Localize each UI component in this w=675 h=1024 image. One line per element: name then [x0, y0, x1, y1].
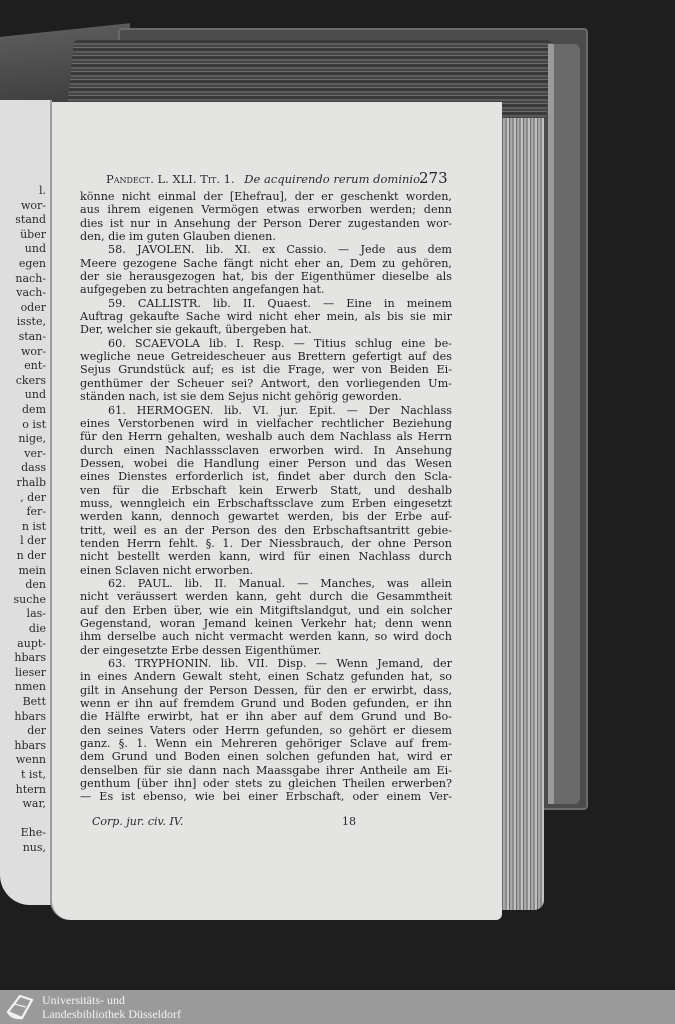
text-line: Meere gezogene Sache fängt nicht eher an…: [80, 257, 452, 270]
left-page-text-fragment: htern: [16, 783, 46, 796]
left-page-text-fragment: Bett: [23, 695, 46, 708]
text-line: einen Sclaven nicht erworben.: [80, 564, 452, 577]
text-line: genthümer der Scheuer sei? Antwort, den …: [80, 377, 452, 390]
right-page: Pandect. L. XLI. Tit. 1. De acquirendo r…: [50, 102, 502, 920]
text-line: wegliche neue Getreidescheuer aus Brette…: [80, 350, 452, 363]
left-page-text-fragment: die: [29, 622, 46, 635]
text-line: 63. TRYPHONIN. lib. VII. Disp. — Wenn Je…: [80, 657, 452, 670]
left-page-text-fragment: rhalb: [17, 476, 46, 489]
text-line: denselben für sie dann nach Maassgabe ih…: [80, 764, 452, 777]
book-photo: l.wor-standüberundegennach-vach-oderisst…: [0, 0, 675, 990]
left-page-text-fragment: aupt-: [17, 637, 46, 650]
left-page-text-fragment: nach-: [15, 272, 46, 285]
body-text: könne nicht einmal der [Ehefrau], der er…: [80, 190, 452, 804]
left-page-text-fragment: war,: [22, 797, 46, 810]
text-line: die Hälfte erwirbt, hat er ihn aber auf …: [80, 710, 452, 723]
text-line: 60. SCAEVOLA lib. I. Resp. — Titius schl…: [80, 337, 452, 350]
left-page: l.wor-standüberundegennach-vach-oderisst…: [0, 100, 52, 905]
text-line: Sejus Grundstück auf; es ist die Frage, …: [80, 363, 452, 376]
text-line: gilt in Ansehung der Person Dessen, für …: [80, 684, 452, 697]
left-page-text-fragment: l der: [20, 534, 46, 547]
left-page-text-fragment: der: [27, 724, 46, 737]
running-head-title: De acquirendo rerum dominio.: [244, 172, 423, 186]
library-name-line2: Landesbibliothek Düsseldorf: [42, 1007, 181, 1021]
running-head: Pandect. L. XLI. Tit. 1. De acquirendo r…: [106, 172, 446, 190]
text-line: ganz. §. 1. Wenn ein Mehreren gehöriger …: [80, 737, 452, 750]
text-line: den seines Vaters oder Herrn gefunden, s…: [80, 724, 452, 737]
left-page-text-fragment: über: [20, 228, 46, 241]
left-page-text-fragment: Ehe-: [21, 826, 46, 839]
text-line: den, die im guten Glauben dienen.: [80, 230, 452, 243]
left-page-text-fragment: wor-: [21, 345, 46, 358]
text-line: aufgegeben zu betrachten angefangen hat.: [80, 283, 452, 296]
text-line: werden kann, dennoch gewartet werden, bi…: [80, 510, 452, 523]
left-page-text-fragment: ckers: [16, 374, 46, 387]
left-page-text-fragment: nus,: [23, 841, 46, 854]
left-page-text-fragment: , der: [20, 491, 46, 504]
left-page-text-fragment: wenn: [16, 753, 46, 766]
left-page-text-fragment: und: [25, 388, 46, 401]
text-line: der sie herausgezogen hat, bis der Eigen…: [80, 270, 452, 283]
left-page-text-fragment: l.: [39, 184, 46, 197]
left-page-text-fragment: stand: [15, 213, 46, 226]
left-page-text-fragment: vach-: [16, 286, 46, 299]
book-logo-icon: [2, 992, 38, 1022]
left-page-text-fragment: hbars: [14, 739, 46, 752]
signature-mark: 18: [342, 815, 356, 828]
left-page-text-fragment: dem: [22, 403, 46, 416]
left-page-text-fragment: las-: [27, 607, 46, 620]
text-line: nicht bestellt werden kann, wird für ein…: [80, 550, 452, 563]
text-line: aus ihrem eigenen Vermögen etwas erworbe…: [80, 203, 452, 216]
left-page-text-fragment: fer-: [26, 505, 46, 518]
left-page-text-fragment: ver-: [24, 447, 46, 460]
text-line: der eingesetzte Erbe dessen Eigenthümer.: [80, 644, 452, 657]
left-page-text-fragment: mein: [18, 564, 46, 577]
left-page-text-fragment: n ist: [22, 520, 46, 533]
signature-title: Corp. jur. civ. IV.: [92, 815, 183, 828]
left-page-text-fragment: lieser: [15, 666, 46, 679]
left-page-text-fragment: isste,: [17, 315, 46, 328]
text-line: eines Dienstes erforderlich ist, findet …: [80, 470, 452, 483]
running-head-book: Pandect. L. XLI. Tit. 1.: [106, 172, 235, 186]
left-page-text-fragment: wor-: [21, 199, 46, 212]
text-line: Auftrag gekaufte Sache wird nicht eher m…: [80, 310, 452, 323]
text-line: Gegenstand, woran Jemand keinen Verkehr …: [80, 617, 452, 630]
text-line: eines Verstorbenen wird in vielfacher re…: [80, 417, 452, 430]
text-line: ihm derselbe auch nicht vermacht werden …: [80, 630, 452, 643]
left-page-text-fragment: stan-: [19, 330, 46, 343]
left-page-text-fragment: hbars: [14, 651, 46, 664]
text-line: genthum [über ihn] oder stets zu gleiche…: [80, 777, 452, 790]
text-line: tenden Herrn fehlt. §. 1. Der Niessbrauc…: [80, 537, 452, 550]
text-line: muss, wenngleich ein Erbschaftssclave zu…: [80, 497, 452, 510]
page-number: 273: [419, 169, 448, 187]
left-page-text-fragment: t ist,: [21, 768, 46, 781]
left-page-text-fragment: suche: [14, 593, 46, 606]
text-line: 62. PAUL. lib. II. Manual. — Manches, wa…: [80, 577, 452, 590]
text-line: Dessen, wobei die Handlung einer Person …: [80, 457, 452, 470]
left-page-text-fragment: o ist: [22, 418, 46, 431]
text-line: 58. JAVOLEN. lib. XI. ex Cassio. — Jede …: [80, 243, 452, 256]
left-page-text-fragment: oder: [21, 301, 46, 314]
left-page-text-fragment: nige,: [18, 432, 46, 445]
page-block-right-edge: [498, 118, 544, 910]
text-line: Der, welcher sie gekauft, übergeben hat.: [80, 323, 452, 336]
text-line: für den Herrn gehalten, weshalb auch dem…: [80, 430, 452, 443]
library-footer-bar: Universitäts- und Landesbibliothek Düsse…: [0, 990, 675, 1024]
text-line: wenn er ihn auf fremdem Grund und Boden …: [80, 697, 452, 710]
left-page-text-fragment: n der: [17, 549, 46, 562]
library-name-line1: Universitäts- und: [42, 993, 181, 1007]
left-page-text-fragment: nmen: [15, 680, 46, 693]
text-line: dem Grund und Boden einen solchen gefund…: [80, 750, 452, 763]
left-page-text-fragment: dass: [21, 461, 46, 474]
left-page-text-fragment: den: [25, 578, 46, 591]
text-line: ven für die Erbschaft kein Erwerb Statt,…: [80, 484, 452, 497]
library-name: Universitäts- und Landesbibliothek Düsse…: [42, 993, 181, 1021]
left-page-text-fragment: egen: [19, 257, 46, 270]
text-line: tritt, weil es an der Person des den Erb…: [80, 524, 452, 537]
text-line: könne nicht einmal der [Ehefrau], der er…: [80, 190, 452, 203]
text-line: durch einen Nachlasssclaven erworben wir…: [80, 444, 452, 457]
text-line: nicht veräussert werden kann, geht durch…: [80, 590, 452, 603]
text-line: 59. CALLISTR. lib. II. Quaest. — Eine in…: [80, 297, 452, 310]
left-page-text-fragment: ent-: [24, 359, 46, 372]
text-line: ständen nach, ist sie dem Sejus nicht ge…: [80, 390, 452, 403]
left-page-text-fragment: hbars: [14, 710, 46, 723]
text-line: in eines Andern Gewalt steht, einen Scha…: [80, 670, 452, 683]
text-line: — Es ist ebenso, wie bei einer Erbschaft…: [80, 790, 452, 803]
text-line: dies ist nur in Ansehung der Person Dere…: [80, 217, 452, 230]
right-cover-board: [548, 44, 580, 804]
text-line: 61. HERMOGEN. lib. VI. jur. Epit. — Der …: [80, 404, 452, 417]
text-line: auf den Erben über, wie ein Mitgiftsland…: [80, 604, 452, 617]
left-page-text-fragment: und: [25, 242, 46, 255]
